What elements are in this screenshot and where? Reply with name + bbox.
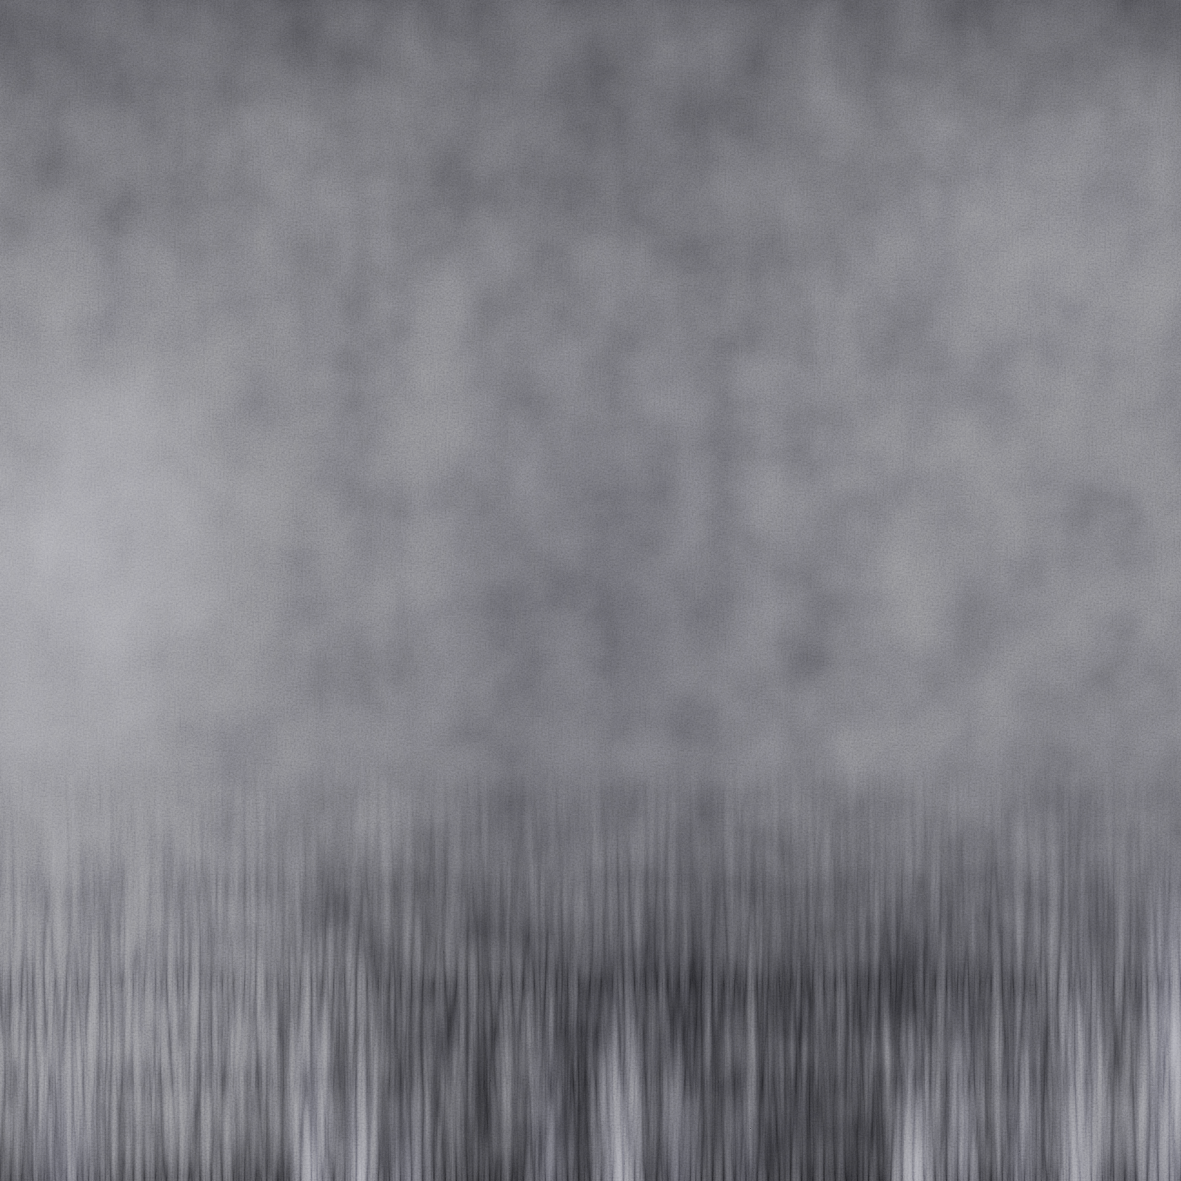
concrete-texture-image xyxy=(0,0,1181,1181)
texture-sparkle-speckle-layer xyxy=(0,0,1181,1181)
sparkle-speckle-rect xyxy=(0,0,1181,1181)
